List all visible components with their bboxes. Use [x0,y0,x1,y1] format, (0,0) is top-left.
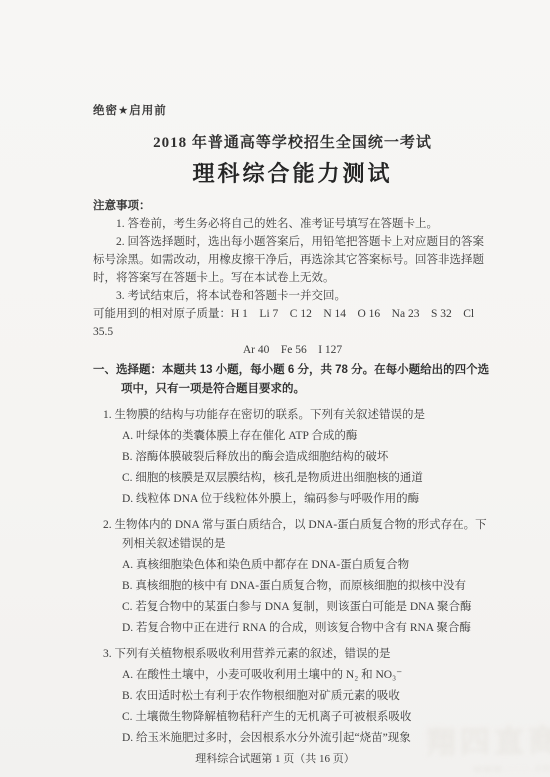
notice-item-2: 2. 回答选择题时，选出每小题答案后，用铅笔把答题卡上对应题目的答案标号涂黑。如… [93,233,492,287]
atomic-mass-note: 可能用到的相对原子质量：H 1 Li 7 C 12 N 14 O 16 Na 2… [93,305,492,341]
question-2-option-c: C. 若复合物中的某蛋白参与 DNA 复制，则该蛋白可能是 DNA 聚合酶 [122,598,492,617]
question-2-option-b: B. 真核细胞的核中有 DNA-蛋白质复合物，而原核细胞的拟核中没有 [122,577,492,596]
question-1-option-a: A. 叶绿体的类囊体膜上存在催化 ATP 合成的酶 [122,427,492,446]
question-1-stem: 1. 生物膜的结构与功能存在密切的联系。下列有关叙述错误的是 [103,406,492,425]
secrecy-label: 绝密★启用前 [93,102,492,118]
question-3-option-a: A. 在酸性土壤中，小麦可吸收利用土壤中的 N₂ 和 NO₃⁻ [122,666,492,685]
page-footer: 理科综合试题第 1 页（共 16 页） [0,751,550,768]
atomic-mass-note-continued: Ar 40 Fe 56 I 127 [93,341,492,359]
question-3-option-c: C. 土壤微生物降解植物秸秆产生的无机离子可被根系吸收 [122,708,492,727]
question-2-stem: 2. 生物体内的 DNA 常与蛋白质结合，以 DNA-蛋白质复合物的形式存在。下… [103,516,492,554]
question-1-option-b: B. 溶酶体膜破裂后释放出的酶会造成细胞结构的破坏 [122,448,492,467]
question-3-option-d: D. 给玉米施肥过多时，会因根系水分外流引起“烧苗”现象 [122,729,492,748]
question-2-option-a: A. 真核细胞染色体和染色质中都存在 DNA-蛋白质复合物 [122,556,492,575]
notice-item-1: 1. 答卷前，考生务必将自己的姓名、准考证号填写在答题卡上。 [93,215,492,233]
question-1-option-d: D. 线粒体 DNA 位于线粒体外膜上，编码参与呼吸作用的酶 [122,490,492,509]
exam-title-subject: 理科综合能力测试 [93,157,492,188]
question-3-option-b: B. 农田适时松土有利于农作物根细胞对矿质元素的吸收 [122,687,492,706]
question-list: 1. 生物膜的结构与功能存在密切的联系。下列有关叙述错误的是 A. 叶绿体的类囊… [103,406,492,748]
notice-header: 注意事项： [93,197,492,215]
exam-title-year-line: 2018 年普通高等学校招生全国统一考试 [93,131,492,152]
question-1-option-c: C. 细胞的核膜是双层膜结构，核孔是物质进出细胞核的通道 [122,469,492,488]
question-2-option-d: D. 若复合物中正在进行 RNA 的合成，则该复合物中含有 RNA 聚合酶 [122,619,492,638]
exam-paper-page: 绝密★启用前 2018 年普通高等学校招生全国统一考试 理科综合能力测试 注意事… [0,0,550,777]
section-header: 一、选择题：本题共 13 小题，每小题 6 分，共 78 分。在每小题给出的四个… [93,361,492,399]
notice-item-3: 3. 考试结束后，将本试卷和答题卡一并交回。 [93,287,492,305]
question-3-stem: 3. 下列有关植物根系吸收利用营养元素的叙述，错误的是 [103,645,492,664]
question-3: 3. 下列有关植物根系吸收利用营养元素的叙述，错误的是 A. 在酸性土壤中，小麦… [103,645,492,748]
question-2: 2. 生物体内的 DNA 常与蛋白质结合，以 DNA-蛋白质复合物的形式存在。下… [103,516,492,638]
question-1: 1. 生物膜的结构与功能存在密切的联系。下列有关叙述错误的是 A. 叶绿体的类囊… [103,406,492,509]
notice-section: 注意事项： 1. 答卷前，考生务必将自己的姓名、准考证号填写在答题卡上。 2. … [93,197,492,359]
